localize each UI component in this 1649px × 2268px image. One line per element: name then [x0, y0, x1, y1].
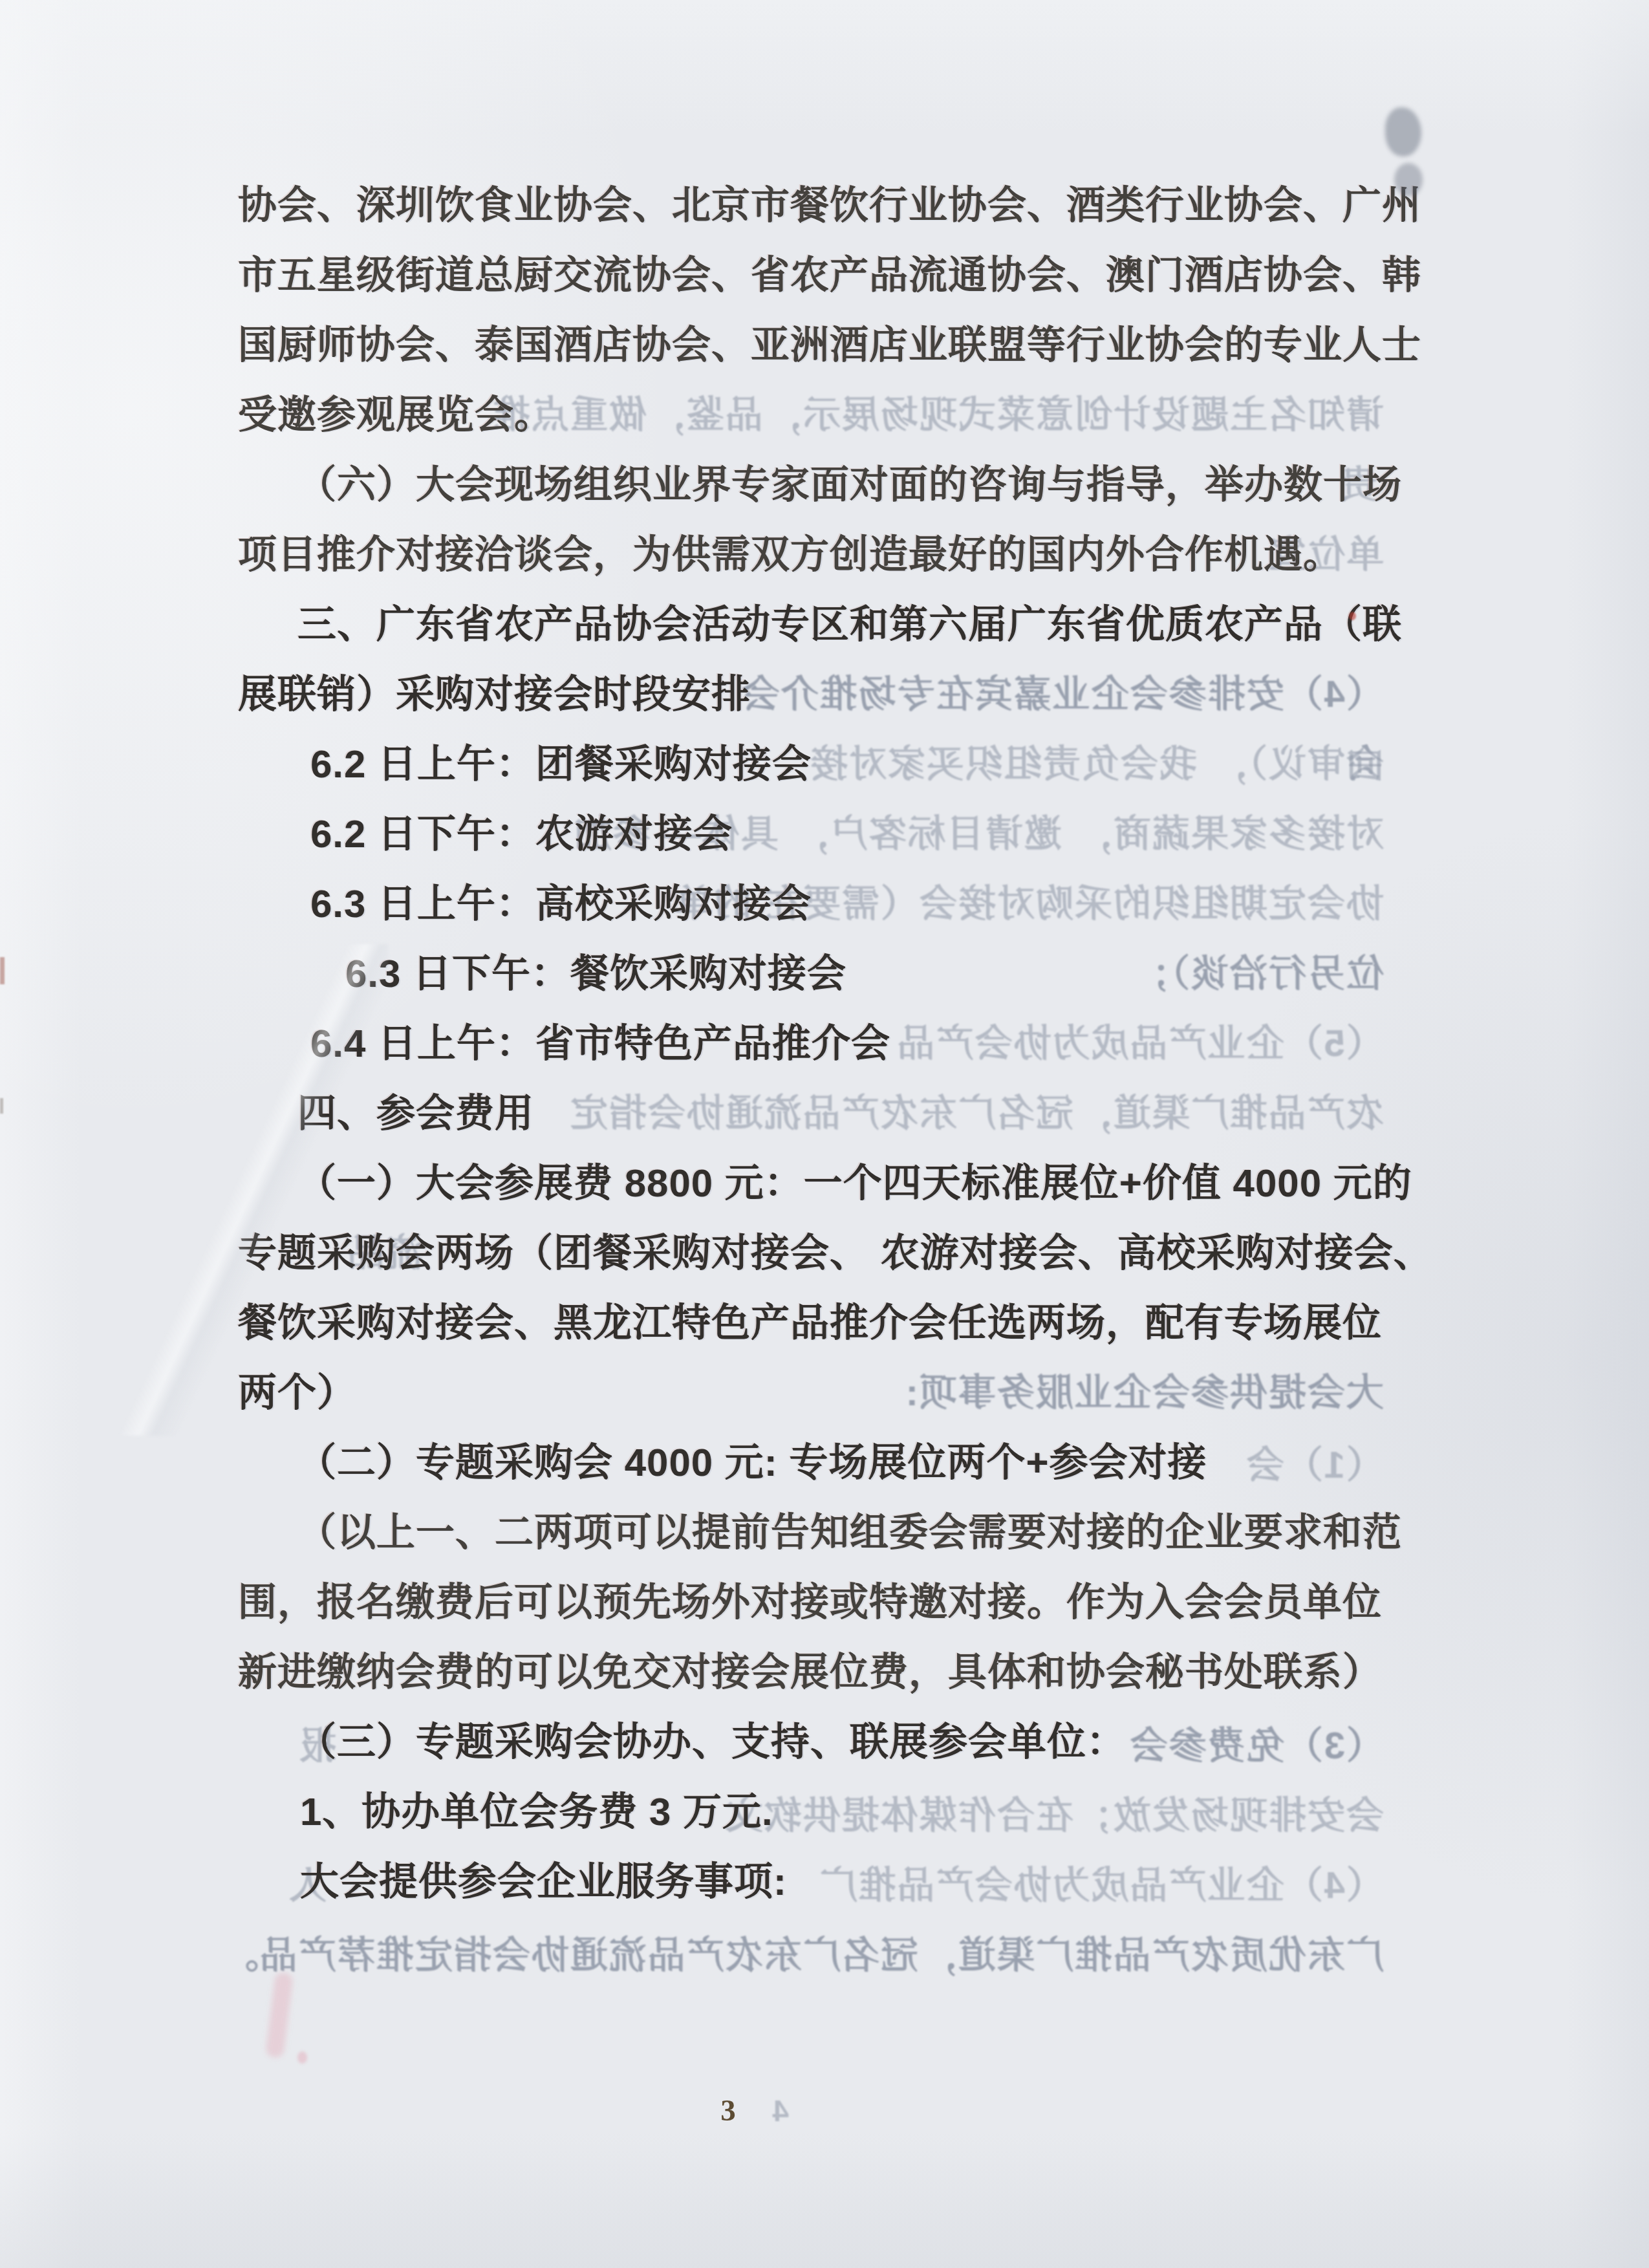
section-heading: 四、参会费用 [238, 1079, 1386, 1149]
text-line: 新进缴纳会费的可以免交对接会展位费，具体和协会秘书处联系） [238, 1637, 1386, 1707]
text-line: 协会、深圳饮食业协会、北京市餐饮行业协会、酒类行业协会、广州 [238, 171, 1386, 241]
text-line: 国厨师协会、泰国酒店协会、亚洲酒店业联盟等行业协会的专业人士 [238, 310, 1386, 380]
section-heading: 三、广东省农产品协会活动专区和第六届广东省优质农产品（联 [238, 590, 1386, 660]
scanned-document-page: 请知名主题设计创意菜式现场展示，品鉴，做重点推 贵 单位宣 （4）安排参会企业嘉… [0, 0, 1649, 2268]
text-line: （以上一、二两项可以提前告知组委会需要对接的企业要求和范 [238, 1498, 1386, 1568]
document-body: 协会、深圳饮食业协会、北京市餐饮行业协会、酒类行业协会、广州 市五星级街道总厨交… [238, 171, 1386, 1917]
page-number: 3 [702, 2086, 754, 2135]
text-line: 1、协办单位会务费 3 万元. [238, 1777, 1386, 1847]
text-line: 受邀参观展览会。 [238, 380, 1386, 450]
text-line: （一）大会参展费 8800 元：一个四天标准展位+价值 4000 元的 [238, 1149, 1386, 1218]
red-speck-artifact [1349, 612, 1356, 620]
schedule-line: 6.4 日上午：省市特色产品推介会 [238, 1009, 1386, 1079]
text-line: 市五星级街道总厨交流协会、省农产品流通协会、澳门酒店协会、韩 [238, 241, 1386, 310]
edge-mark-artifact [0, 957, 5, 984]
text-line: （六）大会现场组织业界专家面对面的咨询与指导，举办数十场 [238, 450, 1386, 520]
text-line: （三）专题采购会协办、支持、联展参会单位： [238, 1707, 1386, 1777]
text-line: 围，报名缴费后可以预先场外对接或特邀对接。作为入会会员单位 [238, 1568, 1386, 1637]
pink-smudge-artifact [297, 2051, 307, 2064]
edge-mark-artifact [0, 1098, 3, 1114]
bleedthrough-text: 广东优质农产品推广渠道，冠名广东农产品流通协会指定推荐产品。 [252, 1921, 1384, 1991]
schedule-line: 6.3 日下午：餐饮采购对接会 [238, 939, 1386, 1009]
text-line: 餐饮采购对接会、黑龙江特色产品推介会任选两场，配有专场展位 [238, 1288, 1386, 1358]
text-line: 专题采购会两场（团餐采购对接会、 农游对接会、高校采购对接会、 [238, 1218, 1386, 1288]
text-line: 项目推介对接洽谈会，为供需双方创造最好的国内外合作机遇。 [238, 520, 1386, 590]
schedule-line: 6.3 日上午：高校采购对接会 [238, 869, 1386, 939]
paper-crease-artifact [116, 944, 388, 1436]
ink-blot-artifact [1394, 163, 1423, 197]
text-line: 大会提供参会企业服务事项: [238, 1847, 1386, 1917]
text-line: 两个） [238, 1358, 1386, 1428]
section-heading: 展联销）采购对接会时段安排 [238, 660, 1386, 729]
text-line: （二）专题采购会 4000 元: 专场展位两个+参会对接 [238, 1428, 1386, 1498]
ink-blot-artifact [1385, 107, 1421, 157]
schedule-line: 6.2 日上午：团餐采购对接会 [238, 729, 1386, 799]
schedule-line: 6.2 日下午：农游对接会 [238, 799, 1386, 869]
